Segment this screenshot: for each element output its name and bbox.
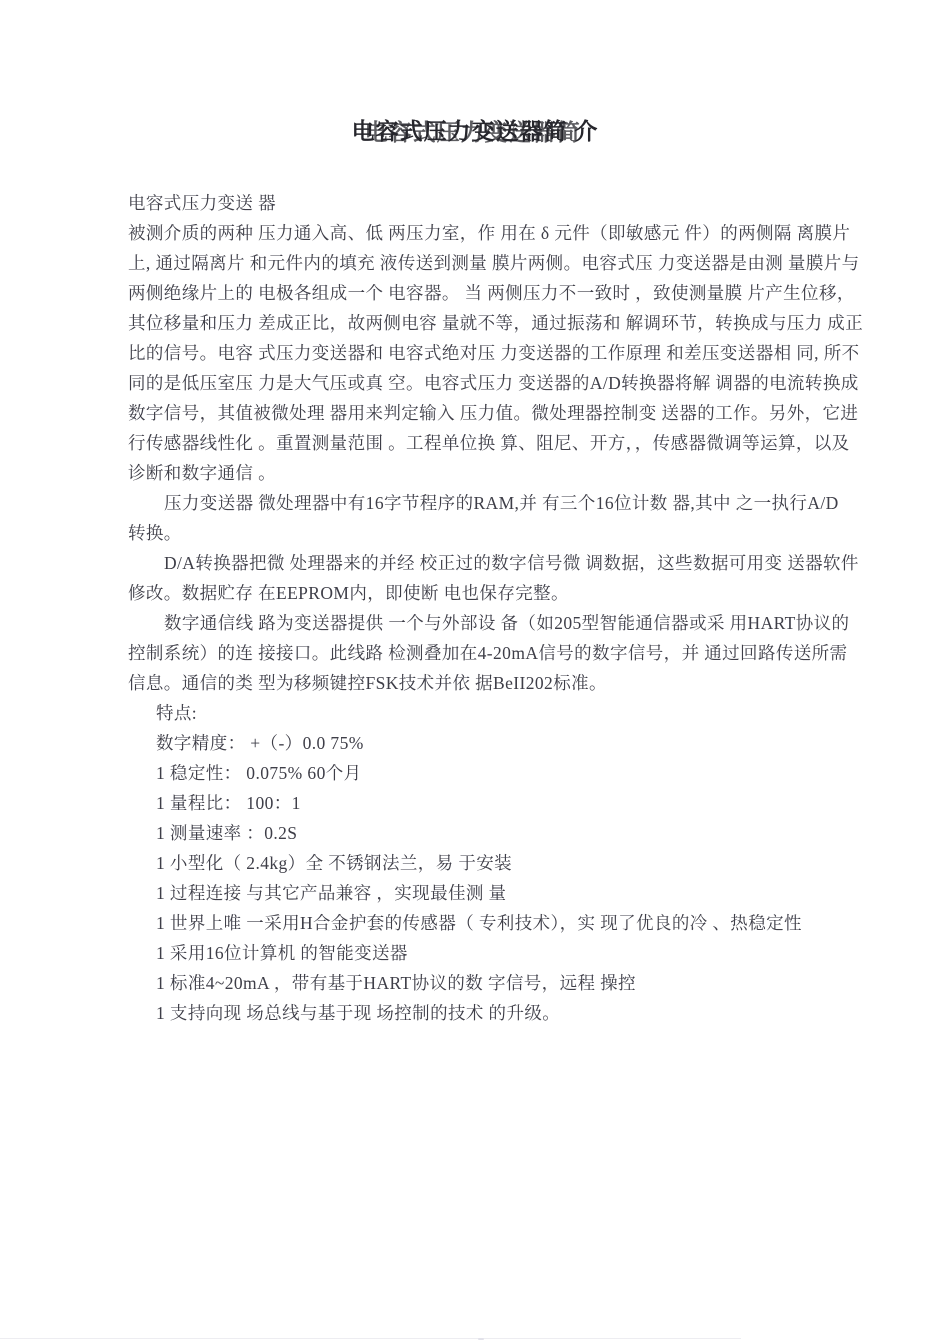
text-line: D/A转换器把微 处理器来的并经 校正过的数字信号微 调数据，这些数据可用变 送… xyxy=(128,548,888,578)
text-line: 1 稳定性： 0.075% 60个月 xyxy=(128,758,888,788)
text-line: 上, 通过隔离片 和元件内的填充 液传送到测量 膜片两侧。电容式压 力变送器是由… xyxy=(128,248,888,278)
title-text-base: 电容式压力变送器简 xyxy=(352,119,568,144)
text-line: 1 采用16位计算机 的智能变送器 xyxy=(128,938,888,968)
text-line: 诊断和数字通信 。 xyxy=(128,458,888,488)
document-title: 电容式压力变送器简 电容式压力变送器简 介 xyxy=(0,113,950,146)
text-line: 两侧绝缘片上的 电极各组成一个 电容器。 当 两侧压力不一致时 ，致使测量膜 片… xyxy=(128,278,888,308)
text-line: 其位移量和压力 差成正比，故两侧电容 量就不等，通过振荡和 解调环节，转换成与压… xyxy=(128,308,888,338)
text-line: 数字信号，其值被微处理 器用来判定输入 压力值。微处理器控制变 送器的工作。另外… xyxy=(128,398,888,428)
text-line: 1 过程连接 与其它产品兼容 ，实现最佳测 量 xyxy=(128,878,888,908)
text-line: 行传感器线性化 。重置测量范围 。工程单位换 算、阻尼、开方，，传感器微调等运算… xyxy=(128,428,888,458)
text-line: 1 量程比： 100：1 xyxy=(128,788,888,818)
text-line: 1 小型化（ 2.4kg）全 不锈钢法兰，易 于安装 xyxy=(128,848,888,878)
page-bottom-mark xyxy=(478,1338,484,1340)
text-line: 比的信号。电容 式压力变送器和 电容式绝对压 力变送器的工作原理 和差压变送器相… xyxy=(128,338,888,368)
text-line: 电容式压力变送 器 xyxy=(128,188,888,218)
document-page: 电容式压力变送器简 电容式压力变送器简 介 电容式压力变送 器被测介质的两种 压… xyxy=(0,0,950,1344)
text-line: 同的是低压室压 力是大气压或真 空。电容式压力 变送器的A/D转换器将解 调器的… xyxy=(128,368,888,398)
text-line: 数字精度： +（-）0.0 75% xyxy=(128,728,888,758)
document-body: 电容式压力变送 器被测介质的两种 压力通入高、低 两压力室，作 用在 δ 元件（… xyxy=(128,188,888,1028)
text-line: 1 支持向现 场总线与基于现 场控制的技术 的升级。 xyxy=(128,998,888,1028)
text-line: 1 测量速率 ：0.2S xyxy=(128,818,888,848)
page-bottom-rule xyxy=(0,1338,741,1339)
text-line: 信息。通信的类 型为移频键控FSK技术并依 据BeII202标准。 xyxy=(128,668,888,698)
text-line: 转换。 xyxy=(128,518,888,548)
text-line: 1 标准4~20mA ，带有基于HART协议的数 字信号，远程 操控 xyxy=(128,968,888,998)
text-line: 特点: xyxy=(128,698,888,728)
text-line: 1 世界上唯 一采用H合金护套的传感器（ 专利技术），实 现了优良的冷 、热稳定… xyxy=(128,908,888,938)
text-line: 数字通信线 路为变送器提供 一个与外部设 备（如205型智能通信器或采 用HAR… xyxy=(128,608,888,638)
title-overprint-wrap: 电容式压力变送器简 电容式压力变送器简 xyxy=(352,113,568,146)
title-text-tail: 介 xyxy=(568,119,599,144)
text-line: 修改。数据贮存 在EEPROM内，即使断 电也保存完整。 xyxy=(128,578,888,608)
text-line: 压力变送器 微处理器中有16字节程序的RAM,并 有三个16位计数 器,其中 之… xyxy=(128,488,888,518)
text-line: 被测介质的两种 压力通入高、低 两压力室，作 用在 δ 元件（即敏感元 件）的两… xyxy=(128,218,888,248)
text-line: 控制系统）的连 接接口。此线路 检测叠加在4-20mA信号的数字信号，并 通过回… xyxy=(128,638,888,668)
